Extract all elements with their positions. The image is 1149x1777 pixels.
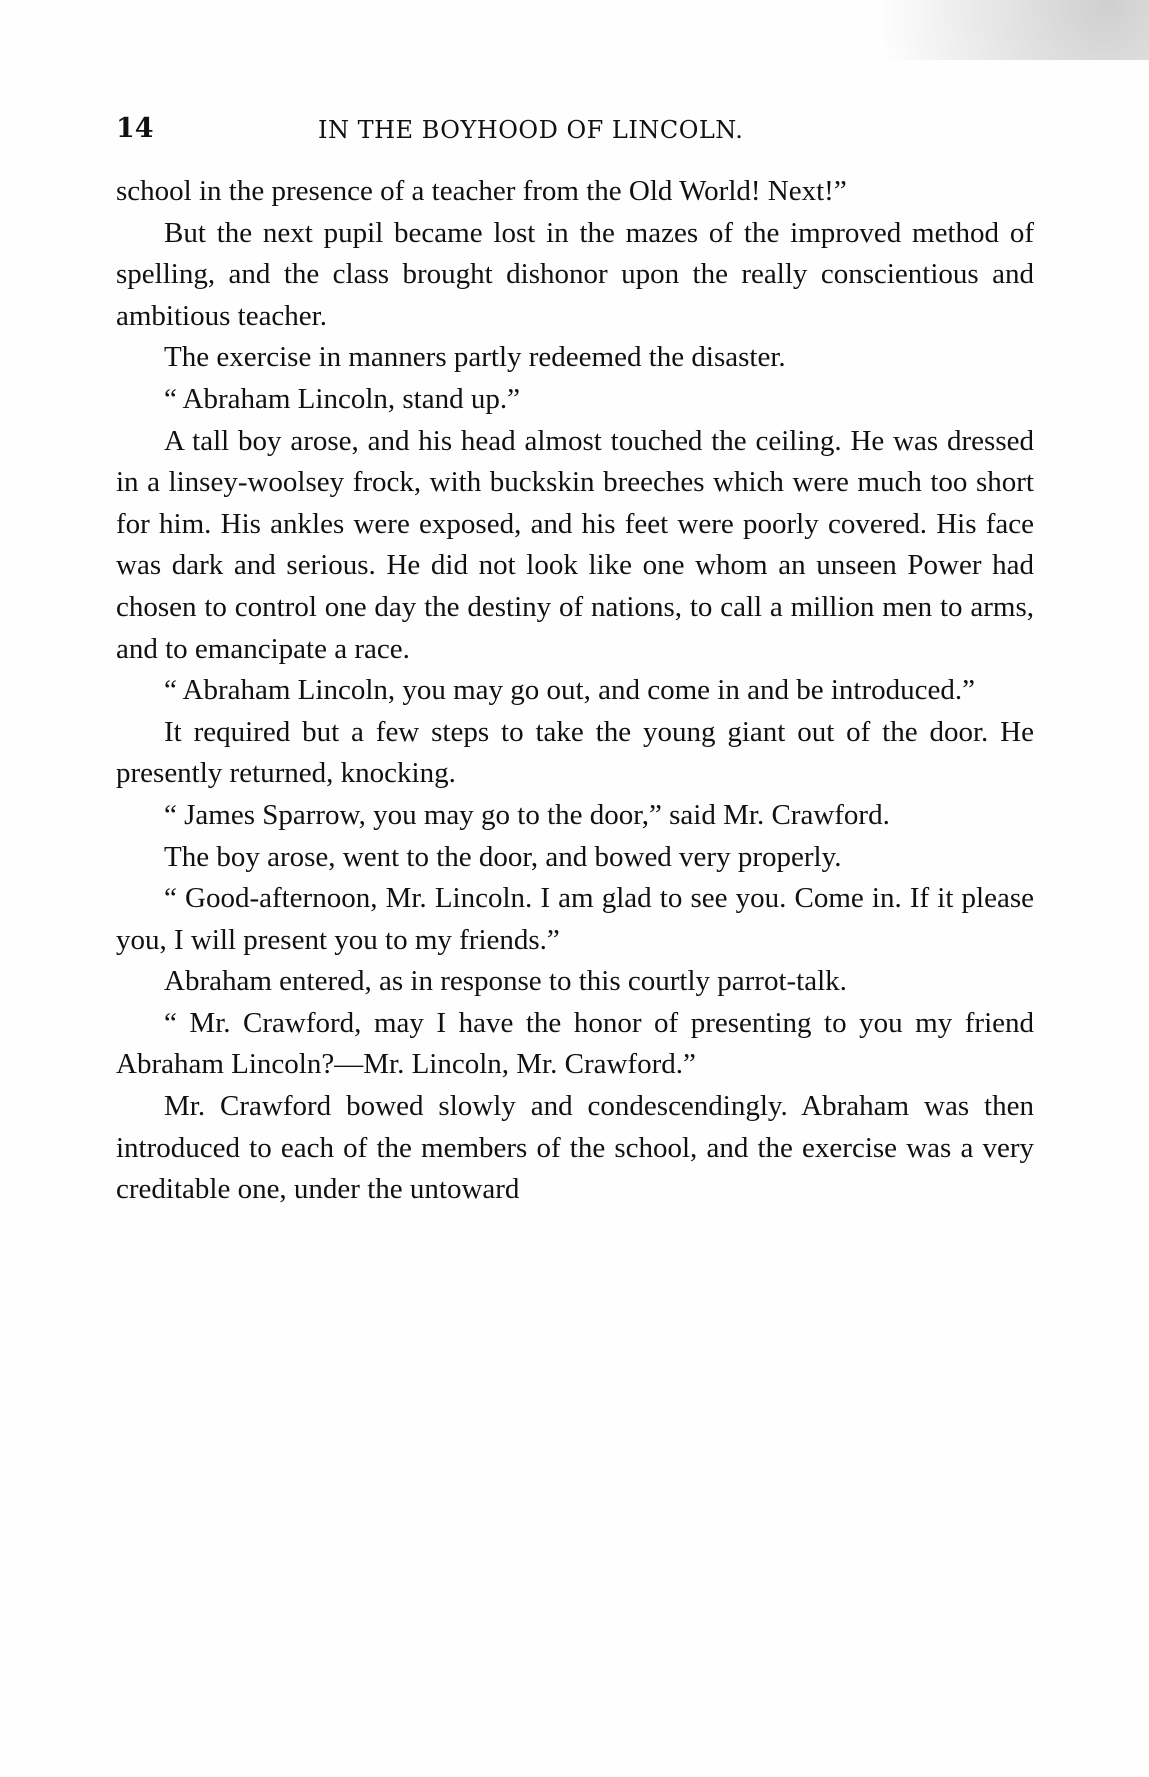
paragraph: Abraham entered, as in response to this …	[116, 961, 1034, 1003]
paragraph: “ Abraham Lincoln, stand up.”	[116, 379, 1034, 421]
scan-noise	[729, 0, 1149, 60]
paragraph: But the next pupil became lost in the ma…	[116, 213, 1034, 338]
running-head: IN THE BOYHOOD OF LINCOLN.	[318, 116, 743, 144]
book-page: 14 IN THE BOYHOOD OF LINCOLN. school in …	[0, 0, 1149, 1777]
body-text: school in the presence of a teacher from…	[116, 171, 1034, 1211]
paragraph: school in the presence of a teacher from…	[116, 171, 1034, 213]
paragraph: Mr. Crawford bowed slowly and condescend…	[116, 1086, 1034, 1211]
paragraph: “ Abraham Lincoln, you may go out, and c…	[116, 670, 1034, 712]
paragraph: A tall boy arose, and his head almost to…	[116, 421, 1034, 671]
paragraph: The exercise in manners partly redeemed …	[116, 337, 1034, 379]
page-number: 14	[116, 113, 154, 144]
paragraph: “ Good-afternoon, Mr. Lincoln. I am glad…	[116, 878, 1034, 961]
page-header: 14 IN THE BOYHOOD OF LINCOLN.	[116, 113, 1036, 153]
paragraph: It required but a few steps to take the …	[116, 712, 1034, 795]
paragraph: “ James Sparrow, you may go to the door,…	[116, 795, 1034, 837]
paragraph: “ Mr. Crawford, may I have the honor of …	[116, 1003, 1034, 1086]
paragraph: The boy arose, went to the door, and bow…	[116, 837, 1034, 879]
